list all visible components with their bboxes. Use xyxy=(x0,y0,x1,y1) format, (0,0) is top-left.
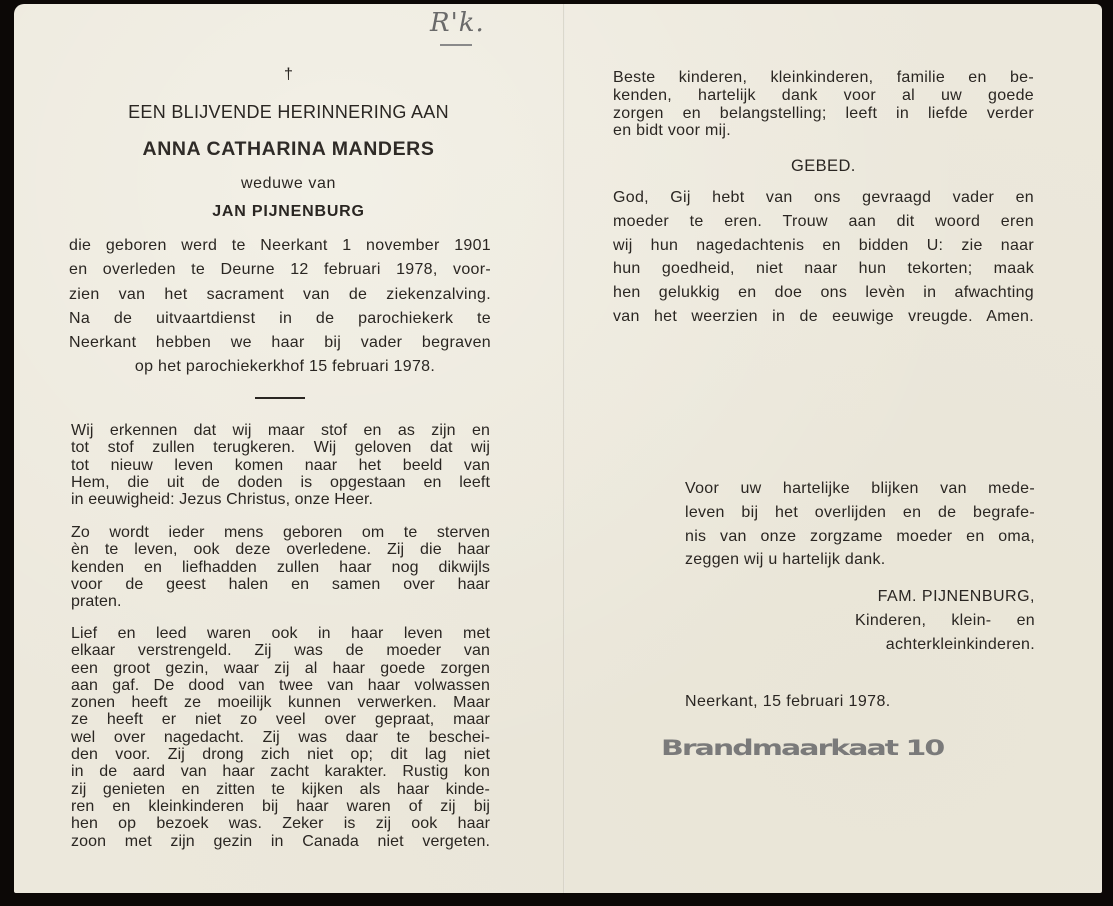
text-line: kenden, hartelijk dank voor al uw goede xyxy=(613,87,1034,105)
bio-line: Neerkant hebben we haar bij vader begrav… xyxy=(69,331,491,355)
text-line: Lief en leed waren ook in haar leven met xyxy=(71,625,490,642)
text-line: Voor uw hartelijke blijken van mede- xyxy=(685,477,1035,501)
bio-line: en overleden te Deurne 12 februari 1978,… xyxy=(69,258,491,282)
text-line: Beste kinderen, kleinkinderen, familie e… xyxy=(613,69,1034,87)
section-divider xyxy=(255,397,305,399)
handwritten-note-top: R'k. xyxy=(430,8,485,38)
deceased-name: ANNA CATHARINA MANDERS xyxy=(14,138,563,161)
bio-line: die geboren werd te Neerkant 1 november … xyxy=(69,234,491,258)
relation-text: weduwe van xyxy=(14,175,563,193)
text-line: zoon met zijn gezin in Canada niet verge… xyxy=(71,833,490,850)
text-line: van het weerzien in de eeuwige vreugde. … xyxy=(613,305,1034,329)
thanks-message: Voor uw hartelijke blijken van mede- lev… xyxy=(685,477,1035,572)
text-line: hen op bezoek was. Zeker is zij ook haar xyxy=(71,815,490,832)
text-line: ren en kleinkinderen bij haar waren of z… xyxy=(71,798,490,815)
right-panel: Beste kinderen, kleinkinderen, familie e… xyxy=(565,4,1102,893)
text-line: èn te leven, ook deze overledene. Zij di… xyxy=(71,541,490,558)
text-line: tot stof zullen terugkeren. Wij geloven … xyxy=(71,439,490,456)
text-line: zorgen en belangstelling; leeft in liefd… xyxy=(613,105,1034,123)
left-panel: R'k. † EEN BLIJVENDE HERINNERING AAN ANN… xyxy=(14,4,563,893)
text-line: in de aard van haar zacht karakter. Rust… xyxy=(71,763,490,780)
signature-block: FAM. PIJNENBURG, Kinderen, klein- en ach… xyxy=(855,585,1035,657)
text-line: een groot gezin, waar zij al haar goede … xyxy=(71,660,490,677)
biography: die geboren werd te Neerkant 1 november … xyxy=(69,234,491,380)
signature-line: achterkleinkinderen. xyxy=(855,633,1035,657)
prayer-text: God, Gij hebt van ons gevraagd vader en … xyxy=(613,186,1034,329)
bio-line: zien van het sacrament van de ziekenzalv… xyxy=(69,283,491,307)
text-line: Wij erkennen dat wij maar stof en as zij… xyxy=(71,422,490,439)
prayer-title: GEBED. xyxy=(791,157,856,176)
cross-icon: † xyxy=(14,66,563,84)
paragraph-life: Lief en leed waren ook in haar leven met… xyxy=(71,625,490,850)
text-line: wel over nagedacht. Zij was daar te besc… xyxy=(71,729,490,746)
text-line: ze heeft er niet zo veel over gepraat, m… xyxy=(71,711,490,728)
text-line: hen gelukkig en doe ons levèn in afwacht… xyxy=(613,281,1034,305)
bio-line: op het parochiekerkhof 15 februari 1978. xyxy=(69,355,491,379)
handwritten-address: Brandmaarkaat 10 xyxy=(661,736,943,761)
farewell-message: Beste kinderen, kleinkinderen, familie e… xyxy=(613,69,1034,140)
text-line: en bidt voor mij. xyxy=(613,122,1034,140)
text-line: nis van onze zorgzame moeder en oma, xyxy=(685,525,1035,549)
paragraph-faith: Wij erkennen dat wij maar stof en as zij… xyxy=(71,422,490,508)
text-line: den voor. Zij drong zich niet op; dit la… xyxy=(71,746,490,763)
text-line: leven bij het overlijden en de begrafe- xyxy=(685,501,1035,525)
text-line: God, Gij hebt van ons gevraagd vader en xyxy=(613,186,1034,210)
bio-line: Na de uitvaartdienst in de parochiekerk … xyxy=(69,307,491,331)
handwritten-underline xyxy=(440,44,472,46)
text-line: tot nieuw leven komen naar het beeld van xyxy=(71,457,490,474)
family-name: FAM. PIJNENBURG, xyxy=(855,585,1035,609)
paragraph-remembrance: Zo wordt ieder mens geboren om te sterve… xyxy=(71,524,490,610)
memorial-heading: EEN BLIJVENDE HERINNERING AAN xyxy=(14,102,563,123)
text-line: praten. xyxy=(71,593,490,610)
text-line: Hem, die uit de doden is opgestaan en le… xyxy=(71,474,490,491)
text-line: moeder te eren. Trouw aan dit woord eren xyxy=(613,210,1034,234)
text-line: wij hun nagedachtenis en bidden U: zie n… xyxy=(613,234,1034,258)
text-line: zeggen wij u hartelijk dank. xyxy=(685,548,1035,572)
signature-line: Kinderen, klein- en xyxy=(855,609,1035,633)
text-line: kenden en liefhadden zullen haar nog dik… xyxy=(71,559,490,576)
text-line: zonen heeft ze moeilijk kunnen verwerken… xyxy=(71,694,490,711)
text-line: hun goedheid, niet naar hun tekorten; ma… xyxy=(613,257,1034,281)
place-date: Neerkant, 15 februari 1978. xyxy=(685,693,891,711)
memorial-card: R'k. † EEN BLIJVENDE HERINNERING AAN ANN… xyxy=(14,4,1102,893)
text-line: Zo wordt ieder mens geboren om te sterve… xyxy=(71,524,490,541)
text-line: in eeuwigheid: Jezus Christus, onze Heer… xyxy=(71,491,490,508)
text-line: zij genieten en zitten te kijken als haa… xyxy=(71,781,490,798)
text-line: elkaar verstrengeld. Zij was de moeder v… xyxy=(71,642,490,659)
text-line: aan gaf. De dood van twee van haar volwa… xyxy=(71,677,490,694)
spouse-name: JAN PIJNENBURG xyxy=(14,203,563,221)
text-line: voor de geest halen en samen over haar xyxy=(71,576,490,593)
